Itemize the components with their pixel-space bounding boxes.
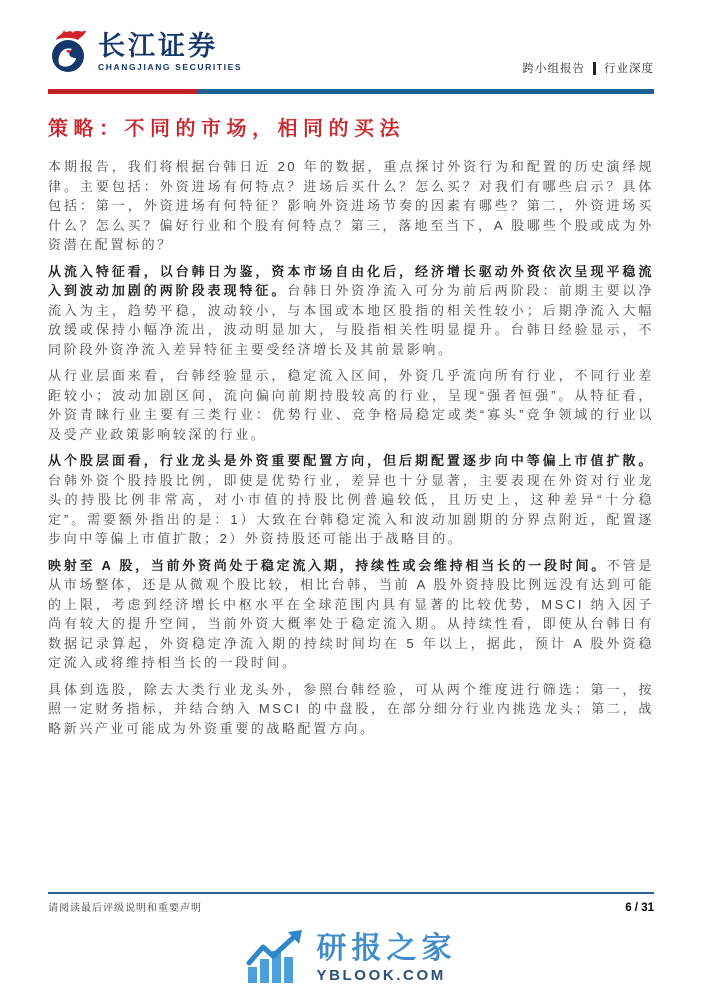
brand-name-cn: 长江证券: [98, 33, 242, 60]
header-divider: [48, 89, 654, 94]
report-page: 长江证券 CHANGJIANG SECURITIES 跨小组报告 行业深度 策略…: [0, 0, 702, 991]
paragraph-bold-lead: 映射至 A 股，当前外资尚处于稳定流入期，持续性或会维持相当长的一段时间。: [48, 558, 607, 573]
brand-name-en: CHANGJIANG SECURITIES: [98, 63, 242, 72]
body-paragraph: 从流入特征看，以台韩日为鉴，资本市场自由化后，经济增长驱动外资依次呈现平稳流入到…: [48, 262, 654, 360]
body-paragraph: 映射至 A 股，当前外资尚处于稳定流入期，持续性或会维持相当长的一段时间。不管是…: [48, 556, 654, 673]
disclaimer-text: 请阅读最后评级说明和重要声明: [48, 899, 202, 914]
paragraph-bold-lead: 从个股层面看，行业龙头是外资重要配置方向，但后期配置逐步向中等偏上市值扩散。: [48, 453, 654, 468]
body-paragraph: 从个股层面看，行业龙头是外资重要配置方向，但后期配置逐步向中等偏上市值扩散。台韩…: [48, 451, 654, 549]
section-title: 策略：不同的市场，相同的买法: [48, 116, 654, 142]
bar-chart-arrow-icon: [246, 929, 304, 988]
divider-blue-segment: [198, 89, 654, 94]
paragraph-text: 从行业层面来看，台韩经验显示，稳定流入区间，外资几乎流向所有行业，不同行业差距较…: [48, 368, 654, 442]
report-depth-label: 行业深度: [604, 60, 654, 76]
paragraph-text: 具体到选股，除去大类行业龙头外，参照台韩经验，可从两个维度进行筛选：第一，按照一…: [48, 682, 654, 736]
tag-separator: [593, 62, 596, 75]
footer-divider: [48, 892, 654, 894]
brand-text: 长江证券 CHANGJIANG SECURITIES: [98, 33, 242, 72]
watermark-text: 研报之家 YBLOOK.COM: [317, 934, 457, 983]
changjiang-phoenix-icon: [48, 25, 92, 80]
paragraph-text: 不管是从市场整体，还是从微观个股比较，相比台韩，当前 A 股外资持股比例远没有达…: [48, 558, 654, 671]
report-type-label: 跨小组报告: [523, 60, 586, 76]
body-paragraph: 具体到选股，除去大类行业龙头外，参照台韩经验，可从两个维度进行筛选：第一，按照一…: [48, 680, 654, 739]
watermark-site: YBLOOK.COM: [317, 968, 457, 983]
paragraph-text: 本期报告，我们将根据台韩日近 20 年的数据，重点探讨外资行为和配置的历史演绎规…: [48, 159, 654, 252]
body-text: 本期报告，我们将根据台韩日近 20 年的数据，重点探讨外资行为和配置的历史演绎规…: [48, 157, 654, 738]
paragraph-text: 台韩外资个股持股比例，即使是优势行业，差异也十分显著，主要表现在外资对行业龙头的…: [48, 473, 654, 547]
body-paragraph: 本期报告，我们将根据台韩日近 20 年的数据，重点探讨外资行为和配置的历史演绎规…: [48, 157, 654, 255]
changjiang-brand: 长江证券 CHANGJIANG SECURITIES: [48, 25, 242, 80]
page-footer: 请阅读最后评级说明和重要声明 6 / 31: [48, 899, 654, 914]
divider-red-segment: [48, 89, 198, 94]
watermark-name-cn: 研报之家: [317, 934, 457, 964]
report-category-tags: 跨小组报告 行业深度: [523, 60, 655, 80]
body-paragraph: 从行业层面来看，台韩经验显示，稳定流入区间，外资几乎流向所有行业，不同行业差距较…: [48, 366, 654, 444]
page-header: 长江证券 CHANGJIANG SECURITIES 跨小组报告 行业深度: [48, 30, 654, 80]
yblook-watermark: 研报之家 YBLOOK.COM: [0, 929, 702, 988]
page-number: 6 / 31: [625, 902, 654, 914]
